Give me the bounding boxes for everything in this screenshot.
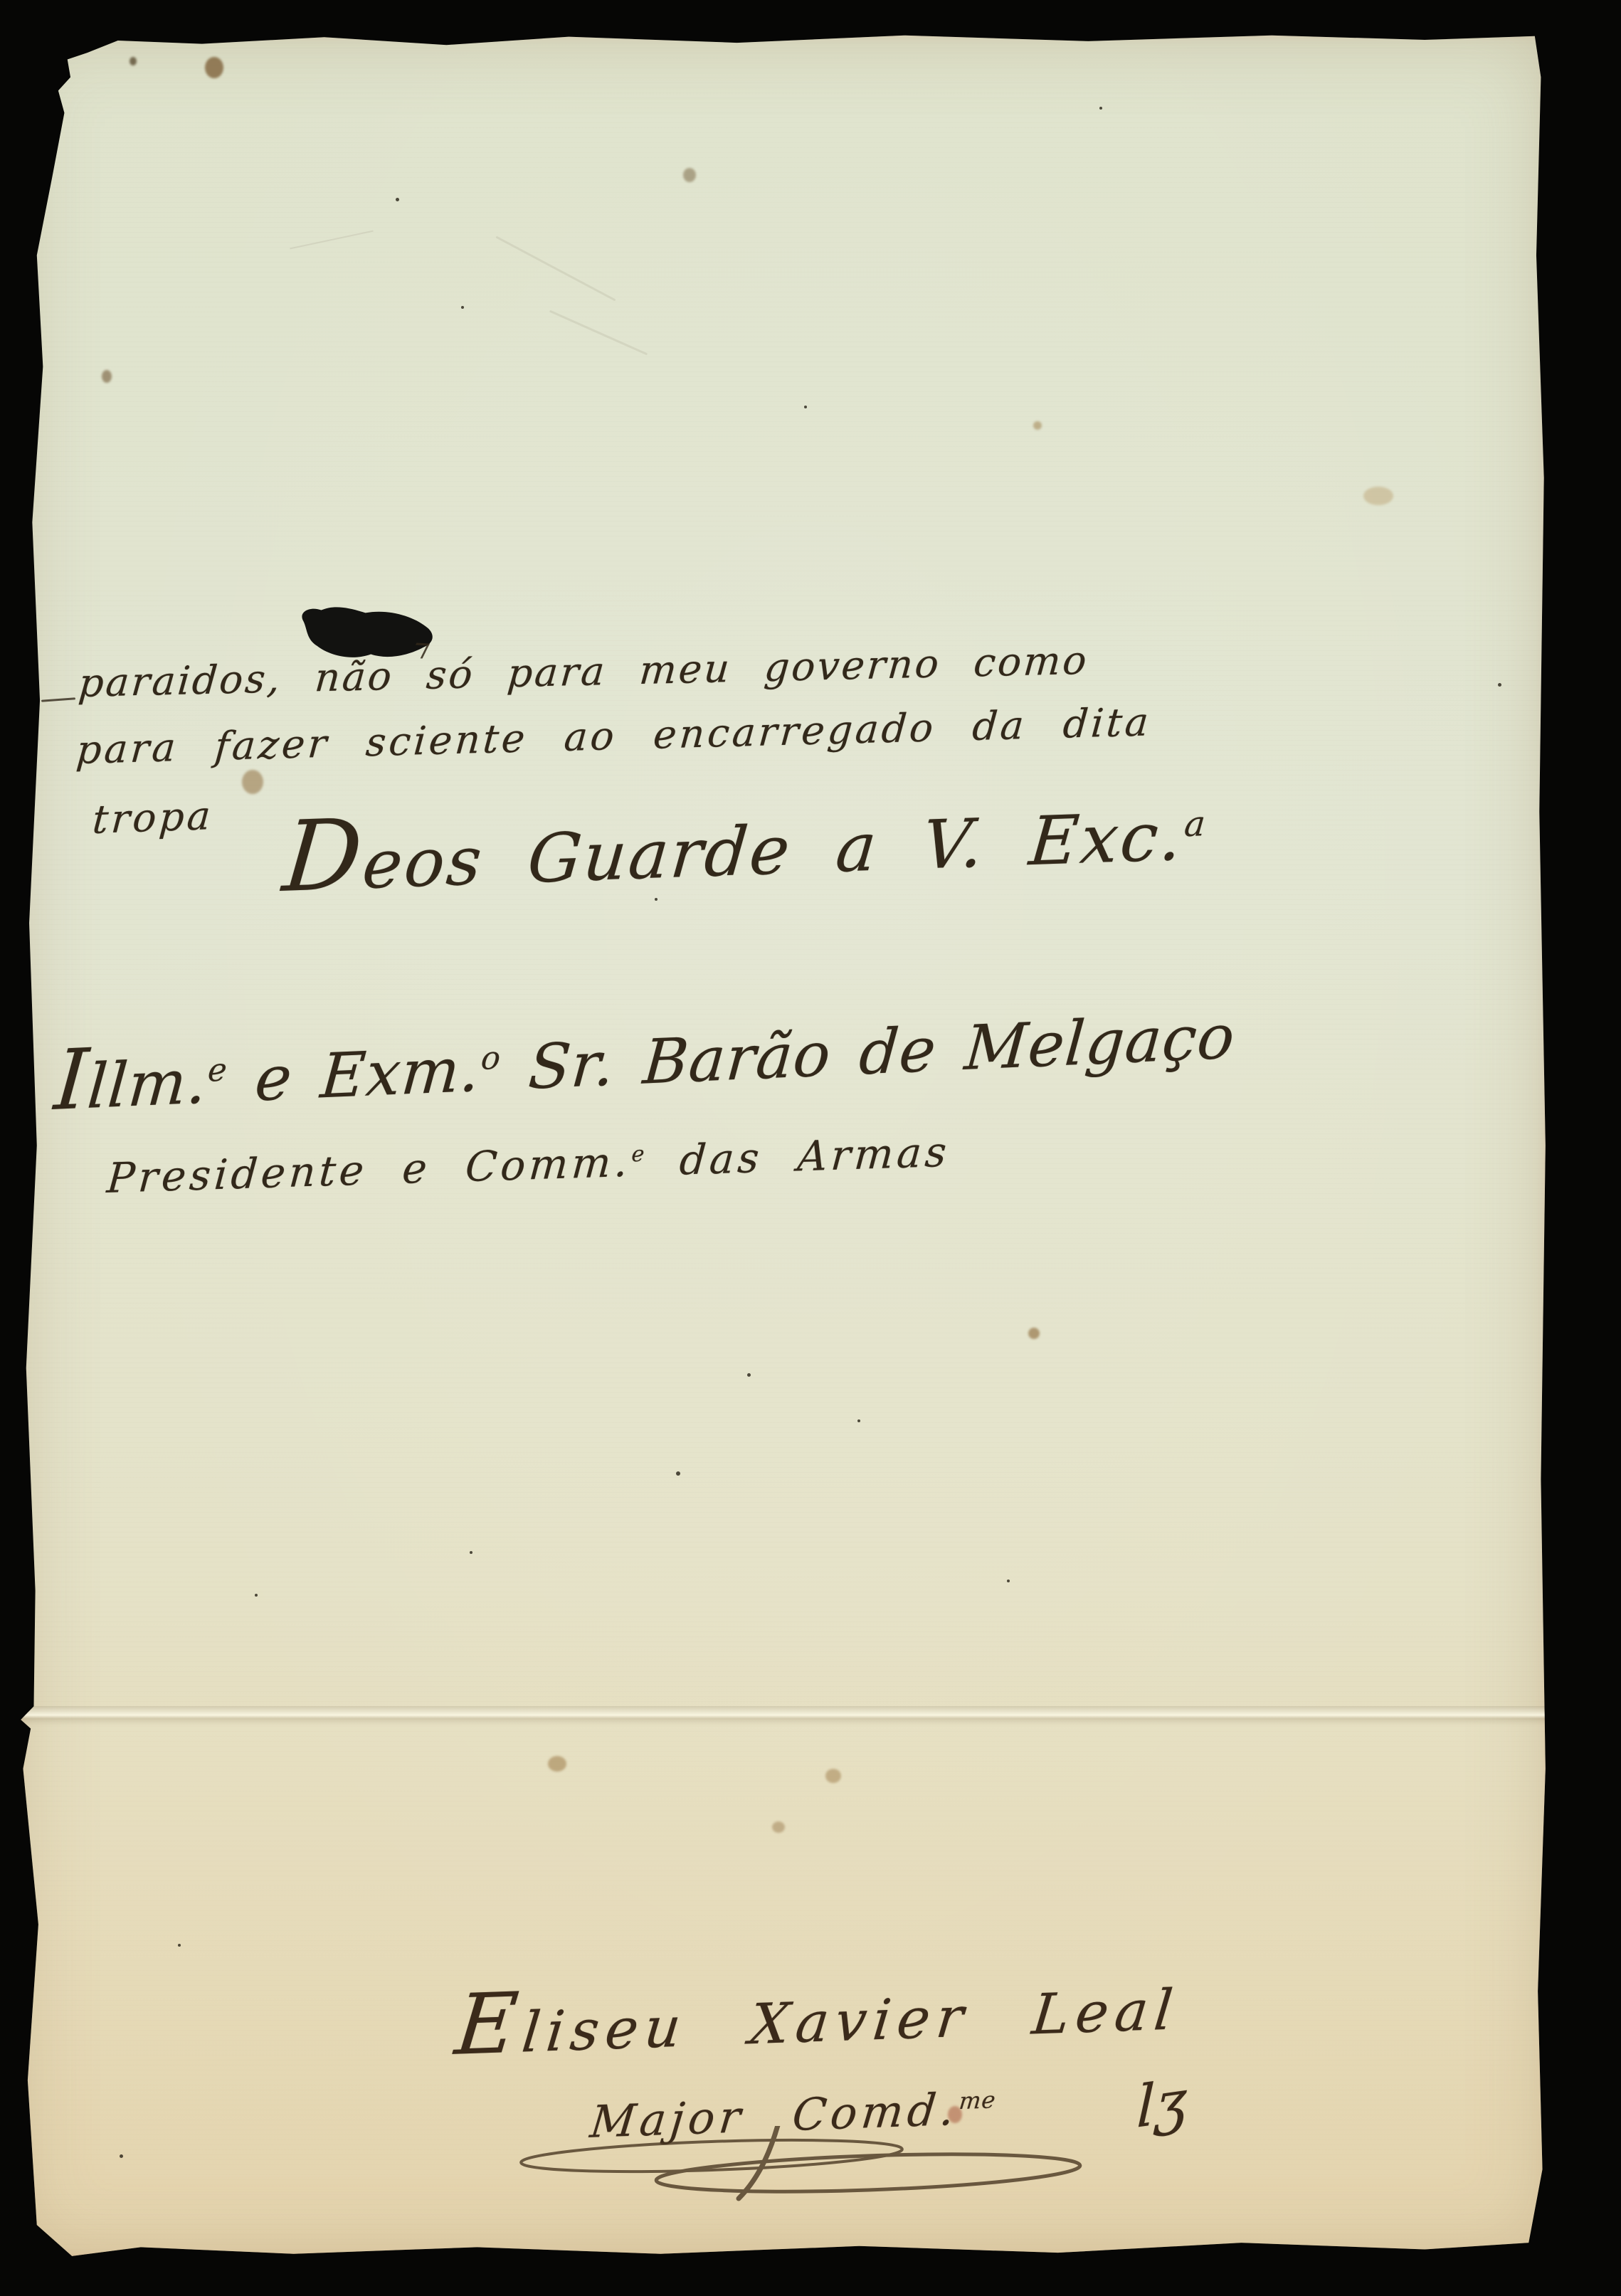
ink-fleck	[461, 306, 464, 309]
foxing-spot	[205, 57, 223, 78]
ink-fleck	[1099, 107, 1102, 110]
foxing-spot	[825, 1769, 841, 1783]
foxing-spot	[1028, 1328, 1040, 1339]
foxing-spot	[1363, 487, 1393, 505]
ink-fleck	[396, 198, 399, 201]
body-line: tropa	[91, 793, 215, 842]
ink-fleck	[1007, 1580, 1010, 1582]
foxing-spot	[242, 770, 263, 794]
ink-fleck	[255, 1594, 258, 1597]
signature-rubric-flourish	[498, 2126, 1096, 2211]
signature-paraph-mark: lʒ	[1136, 2067, 1188, 2141]
addressee-honorific: Illm.	[52, 1046, 210, 1124]
honorific-superscript: o	[480, 1039, 502, 1077]
foxing-spot	[130, 57, 137, 65]
ink-fleck	[804, 406, 807, 408]
signature-role-superscript: me	[958, 2086, 998, 2115]
ink-fleck	[120, 2154, 123, 2158]
addressee-title: das Armas	[643, 1128, 951, 1186]
photograph-background: paraidos, não só para meu governo como p…	[0, 0, 1621, 2296]
valediction-superscript: a	[1183, 803, 1208, 845]
foxing-spot	[102, 370, 112, 383]
ink-fleck	[1498, 683, 1501, 687]
ink-fleck	[857, 1419, 860, 1422]
ink-fleck	[470, 1551, 472, 1554]
ink-fleck	[178, 1944, 181, 1947]
foxing-spot	[772, 1821, 785, 1833]
addressee-honorific: e Exm.	[224, 1034, 483, 1116]
ink-fleck	[747, 1373, 751, 1377]
foxing-spot	[683, 168, 696, 182]
ink-fleck	[676, 1471, 680, 1476]
foxing-spot	[548, 1756, 566, 1772]
foxing-spot	[1033, 421, 1042, 430]
